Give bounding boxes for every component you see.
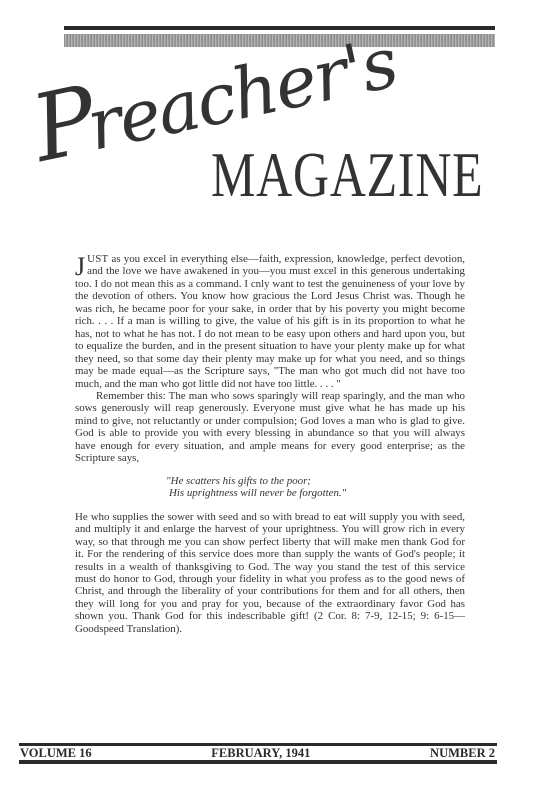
issue-footer: VOLUME 16 FEBRUARY, 1941 NUMBER 2 [19,743,497,764]
paragraph-1: JUST as you excel in everything else—fai… [75,253,465,390]
issue-date: FEBRUARY, 1941 [211,746,310,761]
quote-line-1: "He scatters his gifts to the poor; [166,475,465,488]
paragraph-2: Remember this: The man who sows sparingl… [75,390,465,465]
footer-rule-bottom [19,760,497,764]
top-rule [64,26,495,30]
footer-row: VOLUME 16 FEBRUARY, 1941 NUMBER 2 [19,746,497,760]
masthead-title: MAGAZINE [211,143,483,207]
issue-number: NUMBER 2 [430,746,495,761]
first-word-rest: UST [87,253,108,265]
drop-cap: J [75,257,85,277]
scripture-quote: "He scatters his gifts to the poor; His … [75,475,465,500]
quote-line-2: His uprightness will never be forgotten.… [166,487,465,500]
paragraph-3: He who supplies the sower with seed and … [75,511,465,636]
paragraph-1-text: as you excel in everything else—faith, e… [75,253,465,390]
article-body: JUST as you excel in everything else—fai… [75,253,465,635]
volume-label: VOLUME 16 [20,746,92,761]
